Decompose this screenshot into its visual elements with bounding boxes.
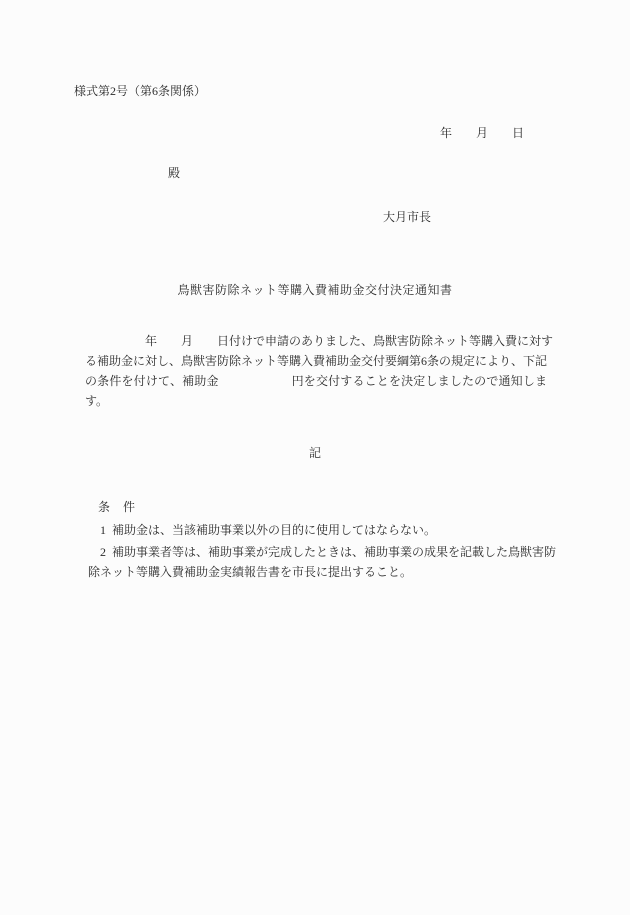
form-number: 様式第2号（第6条関係） xyxy=(74,84,206,99)
terms-heading: 条 件 xyxy=(98,500,136,515)
term-item-number: 1 xyxy=(100,523,112,538)
recipient-honorific: 殿 xyxy=(168,166,180,181)
document-page: 様式第2号（第6条関係） 年 月 日 殿 大月市長 鳥獣害防除ネット等購入費補助… xyxy=(0,0,630,915)
document-title: 鳥獣害防除ネット等購入費補助金交付決定通知書 xyxy=(0,283,630,298)
term-item-text: 補助金は、当該補助事業以外の目的に使用してはならない。 xyxy=(112,523,548,538)
term-item-2-continuation: 除ネット等購入費補助金実績報告書を市長に提出すること。 xyxy=(88,565,550,580)
body-paragraph-line: る補助金に対し、鳥獣害防除ネット等購入費補助金交付要綱第6条の規定により、下記 xyxy=(85,354,547,369)
section-marker-ki: 記 xyxy=(0,446,630,461)
term-item-1: 1 補助金は、当該補助事業以外の目的に使用してはならない。 xyxy=(100,523,548,538)
body-paragraph-line: の条件を付けて、補助金 円を交付することを決定しましたので通知しま xyxy=(85,374,547,389)
term-item-text: 補助事業者等は、補助事業が完成したときは、補助事業の成果を記載した鳥獣害防 xyxy=(112,545,556,560)
body-paragraph-line: す。 xyxy=(85,394,547,409)
body-paragraph-line: 年 月 日付けで申請のありました、鳥獣害防除ネット等購入費に対す xyxy=(85,334,547,349)
date-blank-line: 年 月 日 xyxy=(440,126,524,141)
sender-mayor-title: 大月市長 xyxy=(383,210,431,225)
term-item-number: 2 xyxy=(100,545,112,560)
term-item-2: 2 補助事業者等は、補助事業が完成したときは、補助事業の成果を記載した鳥獣害防 xyxy=(100,545,550,560)
